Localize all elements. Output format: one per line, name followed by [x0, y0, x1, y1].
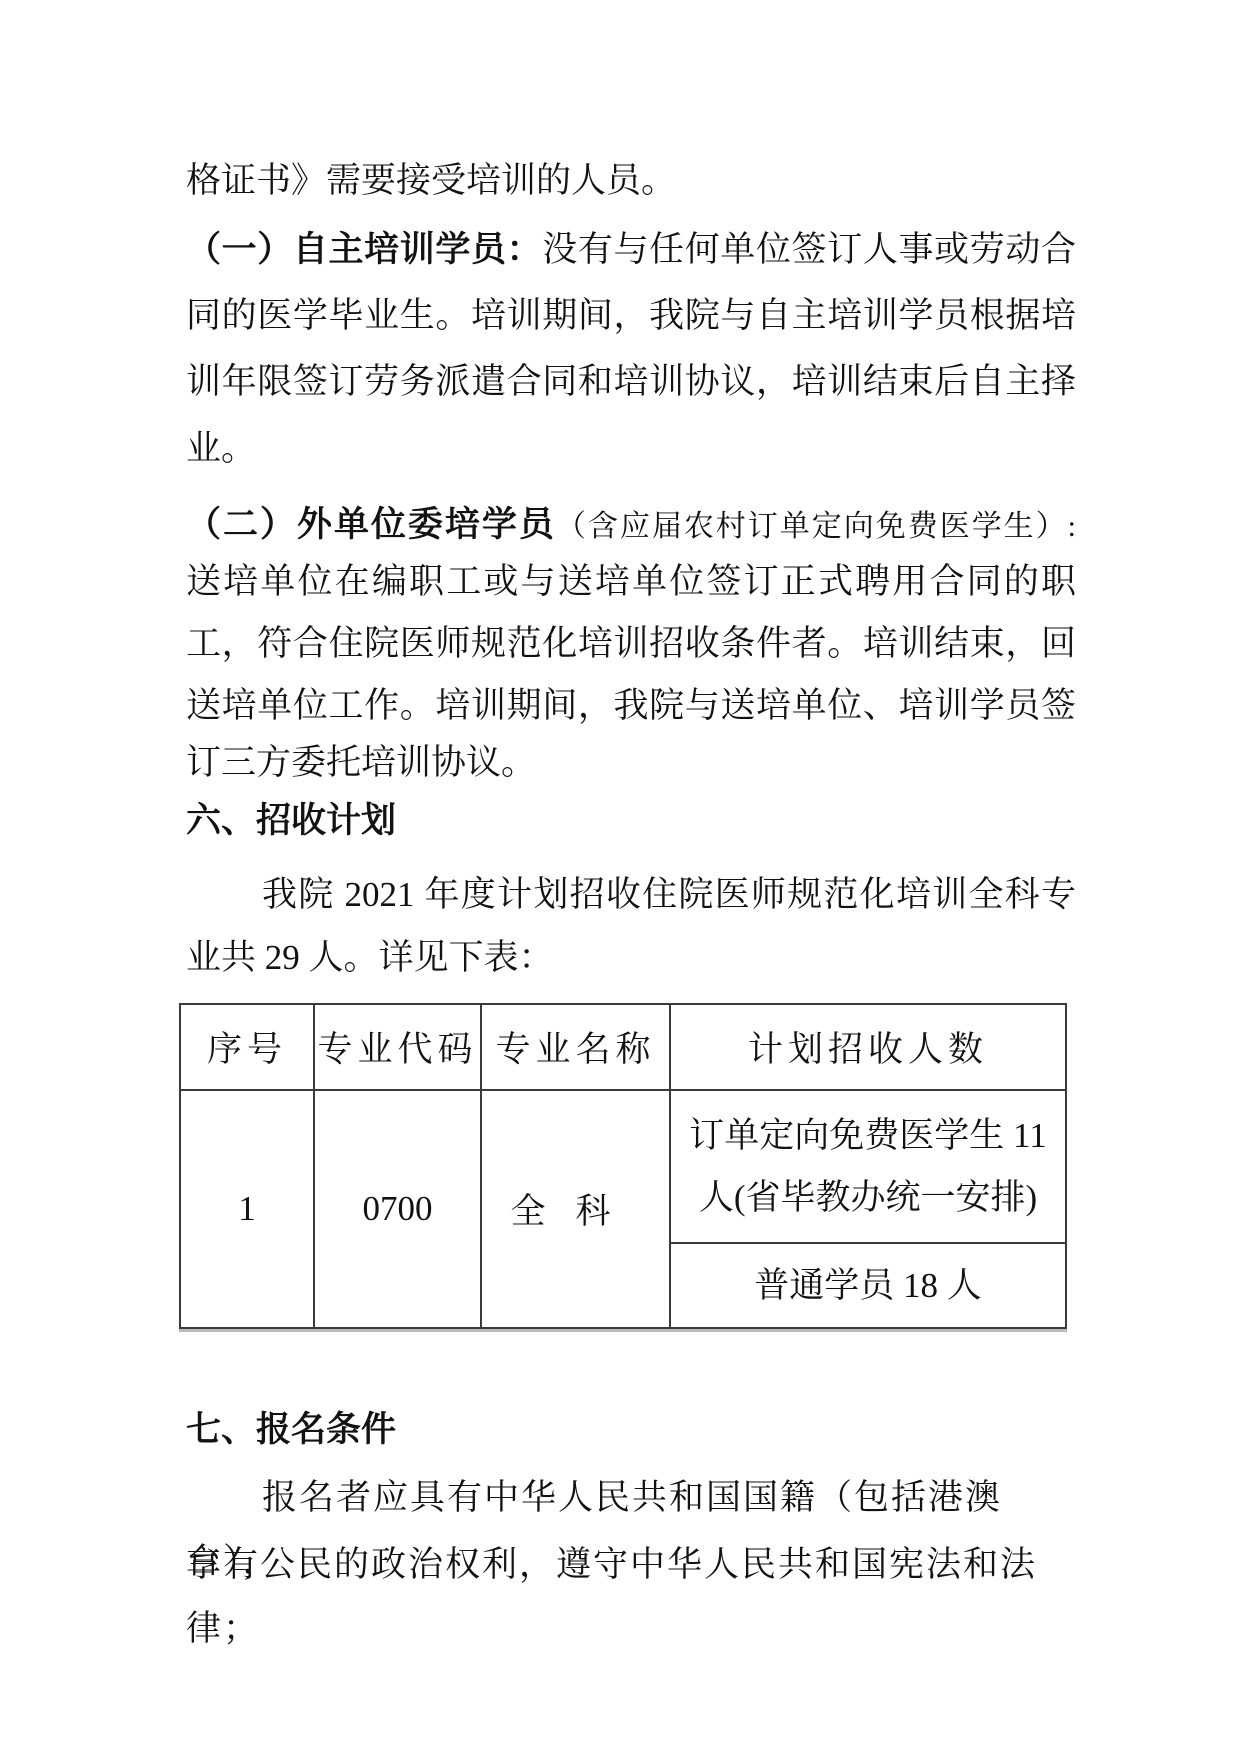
paragraph-line-10: 订三方委托培训协议。: [186, 731, 1076, 795]
paragraph-line-5: 业。: [186, 417, 1076, 481]
header-cell-seq: 序号: [180, 1004, 314, 1090]
paragraph-line-13: 业共 29 人。详见下表：: [186, 926, 1076, 990]
cell-major-name: 全科: [481, 1090, 670, 1328]
cell-seq-no: 1: [180, 1090, 314, 1328]
paragraph-line-3: 同的医学毕业生。培训期间，我院与自主培训学员根据培: [186, 284, 1076, 348]
cell-plan-directed: 订单定向免费医学生 11 人(省毕教办统一安排): [670, 1090, 1066, 1243]
header-cell-plan-count: 计划招收人数: [670, 1004, 1066, 1090]
section-heading-7: 七、报名条件: [186, 1398, 1076, 1462]
section-2-note: （含应届农村订单定向免费医学生）:: [556, 510, 1076, 543]
recruitment-plan-table: 序号 专业代码 专业名称 计划招收人数 1 0700 全科 订单定向免费医学生 …: [179, 1003, 1067, 1329]
header-cell-major-name: 专业名称: [481, 1004, 670, 1090]
cell-major-code: 0700: [314, 1090, 481, 1328]
table-header-row: 序号 专业代码 专业名称 计划招收人数: [180, 1004, 1066, 1090]
cell-plan-directed-line-2: 人(省毕教办统一安排): [671, 1167, 1065, 1229]
section-1-text: 没有与任何单位签订人事或劳动合: [542, 230, 1076, 269]
cell-plan-directed-line-1: 订单定向免费医学生 11: [671, 1105, 1065, 1167]
table-row: 1 0700 全科 订单定向免费医学生 11 人(省毕教办统一安排): [180, 1090, 1066, 1243]
section-2-label: （二）外单位委培学员: [186, 505, 556, 544]
section-1-first-line: （一）自主培训学员：没有与任何单位签订人事或劳动合: [186, 218, 1076, 282]
document-page: 格证书》需要接受培训的人员。 （一）自主培训学员：没有与任何单位签订人事或劳动合…: [0, 0, 1241, 1754]
paragraph-line-12: 我院 2021 年度计划招收住院医师规范化培训全科专: [186, 863, 1076, 927]
paragraph-line-9: 送培单位工作。培训期间，我院与送培单位、培训学员签: [186, 674, 1076, 738]
paragraph-line-1: 格证书》需要接受培训的人员。: [186, 149, 1076, 213]
cell-plan-regular: 普通学员 18 人: [670, 1243, 1066, 1328]
section-1-label: （一）自主培训学员：: [186, 230, 542, 269]
paragraph-line-7: 送培单位在编职工或与送培单位签订正式聘用合同的职: [186, 550, 1076, 614]
paragraph-line-4: 训年限签订劳务派遣合同和培训协议，培训结束后自主择: [186, 350, 1076, 414]
paragraph-line-8: 工，符合住院医师规范化培训招收条件者。培训结束，回: [186, 612, 1076, 676]
header-cell-major-code: 专业代码: [314, 1004, 481, 1090]
paragraph-line-16: 享有公民的政治权利，遵守中华人民共和国宪法和法律；: [186, 1533, 1076, 1661]
section-heading-6: 六、招收计划: [186, 789, 1076, 853]
